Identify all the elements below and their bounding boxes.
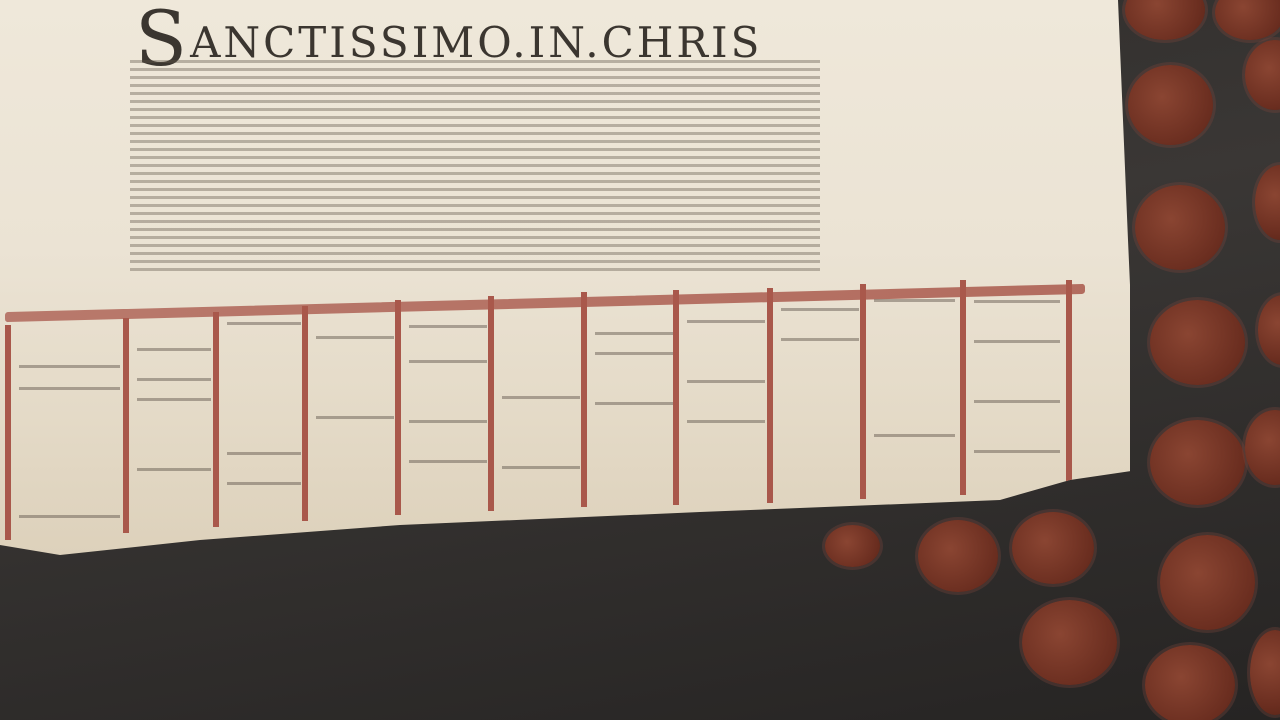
signature-strips — [5, 270, 1085, 530]
parchment: SANCTISSIMO.IN.CHRIS — [0, 0, 1130, 555]
document-text-block — [130, 60, 820, 275]
